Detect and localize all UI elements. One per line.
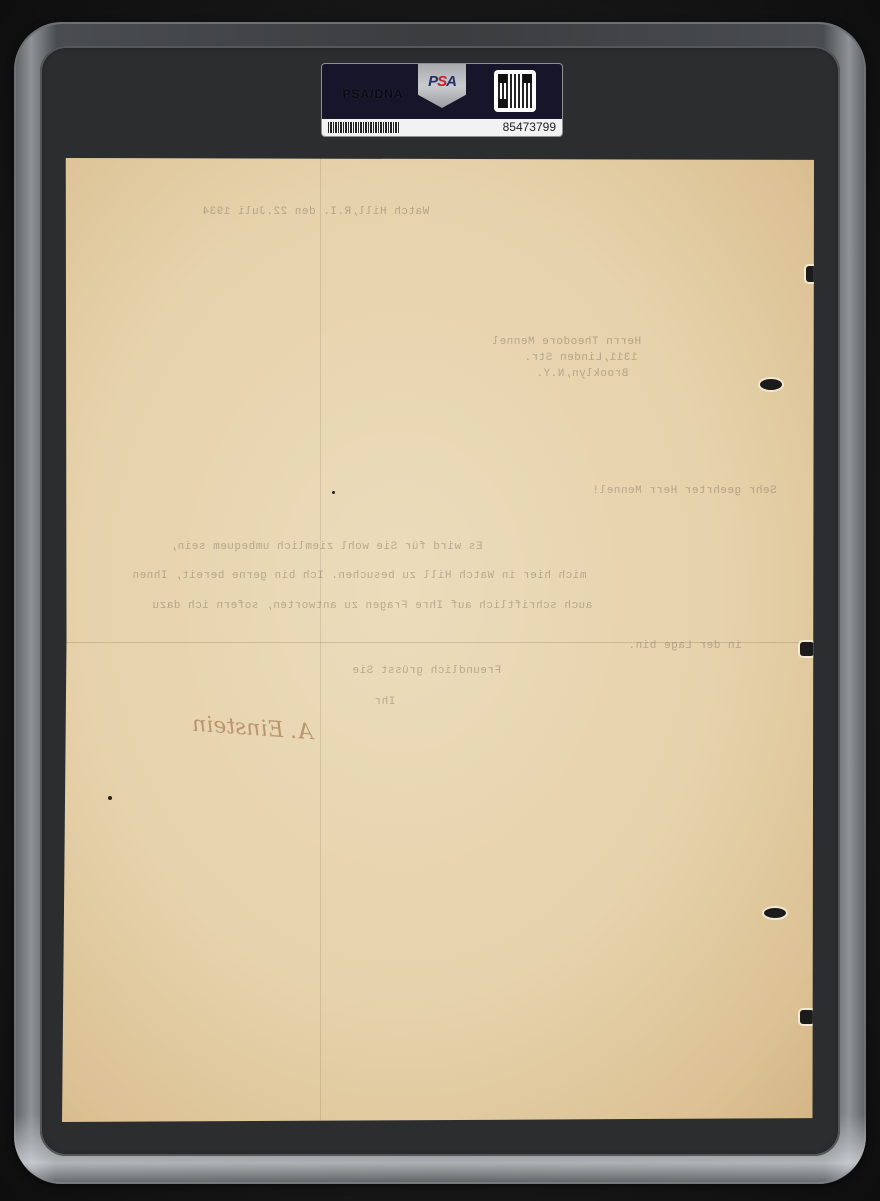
psa-label: PSA/DNA PSA 85473799 <box>322 64 562 136</box>
signature: A. Einstein <box>191 712 314 745</box>
psa-logo-text: PSA <box>428 73 456 90</box>
address-line-3: Brooklyn,N.Y. <box>536 368 628 380</box>
body-line-3: auch schriftlich auf Ihre Fragen zu antw… <box>152 600 592 612</box>
dateline: Watch Hill,R.I. den 22.Juli 1934 <box>202 206 429 218</box>
letter-paper: Watch Hill,R.I. den 22.Juli 1934 Herrn T… <box>62 158 814 1122</box>
punch-hole <box>760 379 782 390</box>
label-strip: 85473799 <box>322 119 562 136</box>
barcode-icon <box>328 122 400 133</box>
grade-label: PSA/DNA <box>336 76 410 112</box>
address-line-1: Herrn Theodore Mennel <box>492 336 641 348</box>
psa-logo-icon: PSA <box>418 64 466 108</box>
ink-spot <box>332 491 335 494</box>
cert-number: 85473799 <box>503 120 556 134</box>
body-line-2: mich hier in Watch Hill zu besuchen. Ich… <box>132 570 586 582</box>
salutation: Sehr geehrter Herr Mennel! <box>592 485 777 497</box>
qr-code-icon[interactable] <box>494 70 536 112</box>
punch-hole <box>800 642 814 656</box>
closing: Freundlich grüsst Sie <box>352 665 501 677</box>
punch-hole <box>800 1010 814 1024</box>
address-line-2: 1311,Linden Str. <box>524 352 638 364</box>
punch-hole <box>764 908 786 918</box>
body-line-1: Es wird für Sie wohl ziemlich umbequem s… <box>170 541 482 553</box>
fold-line-vertical <box>320 158 321 1122</box>
body-line-4: in der Lage bin. <box>628 640 742 652</box>
closing-2: Ihr <box>374 696 395 708</box>
ink-spot <box>108 796 112 800</box>
